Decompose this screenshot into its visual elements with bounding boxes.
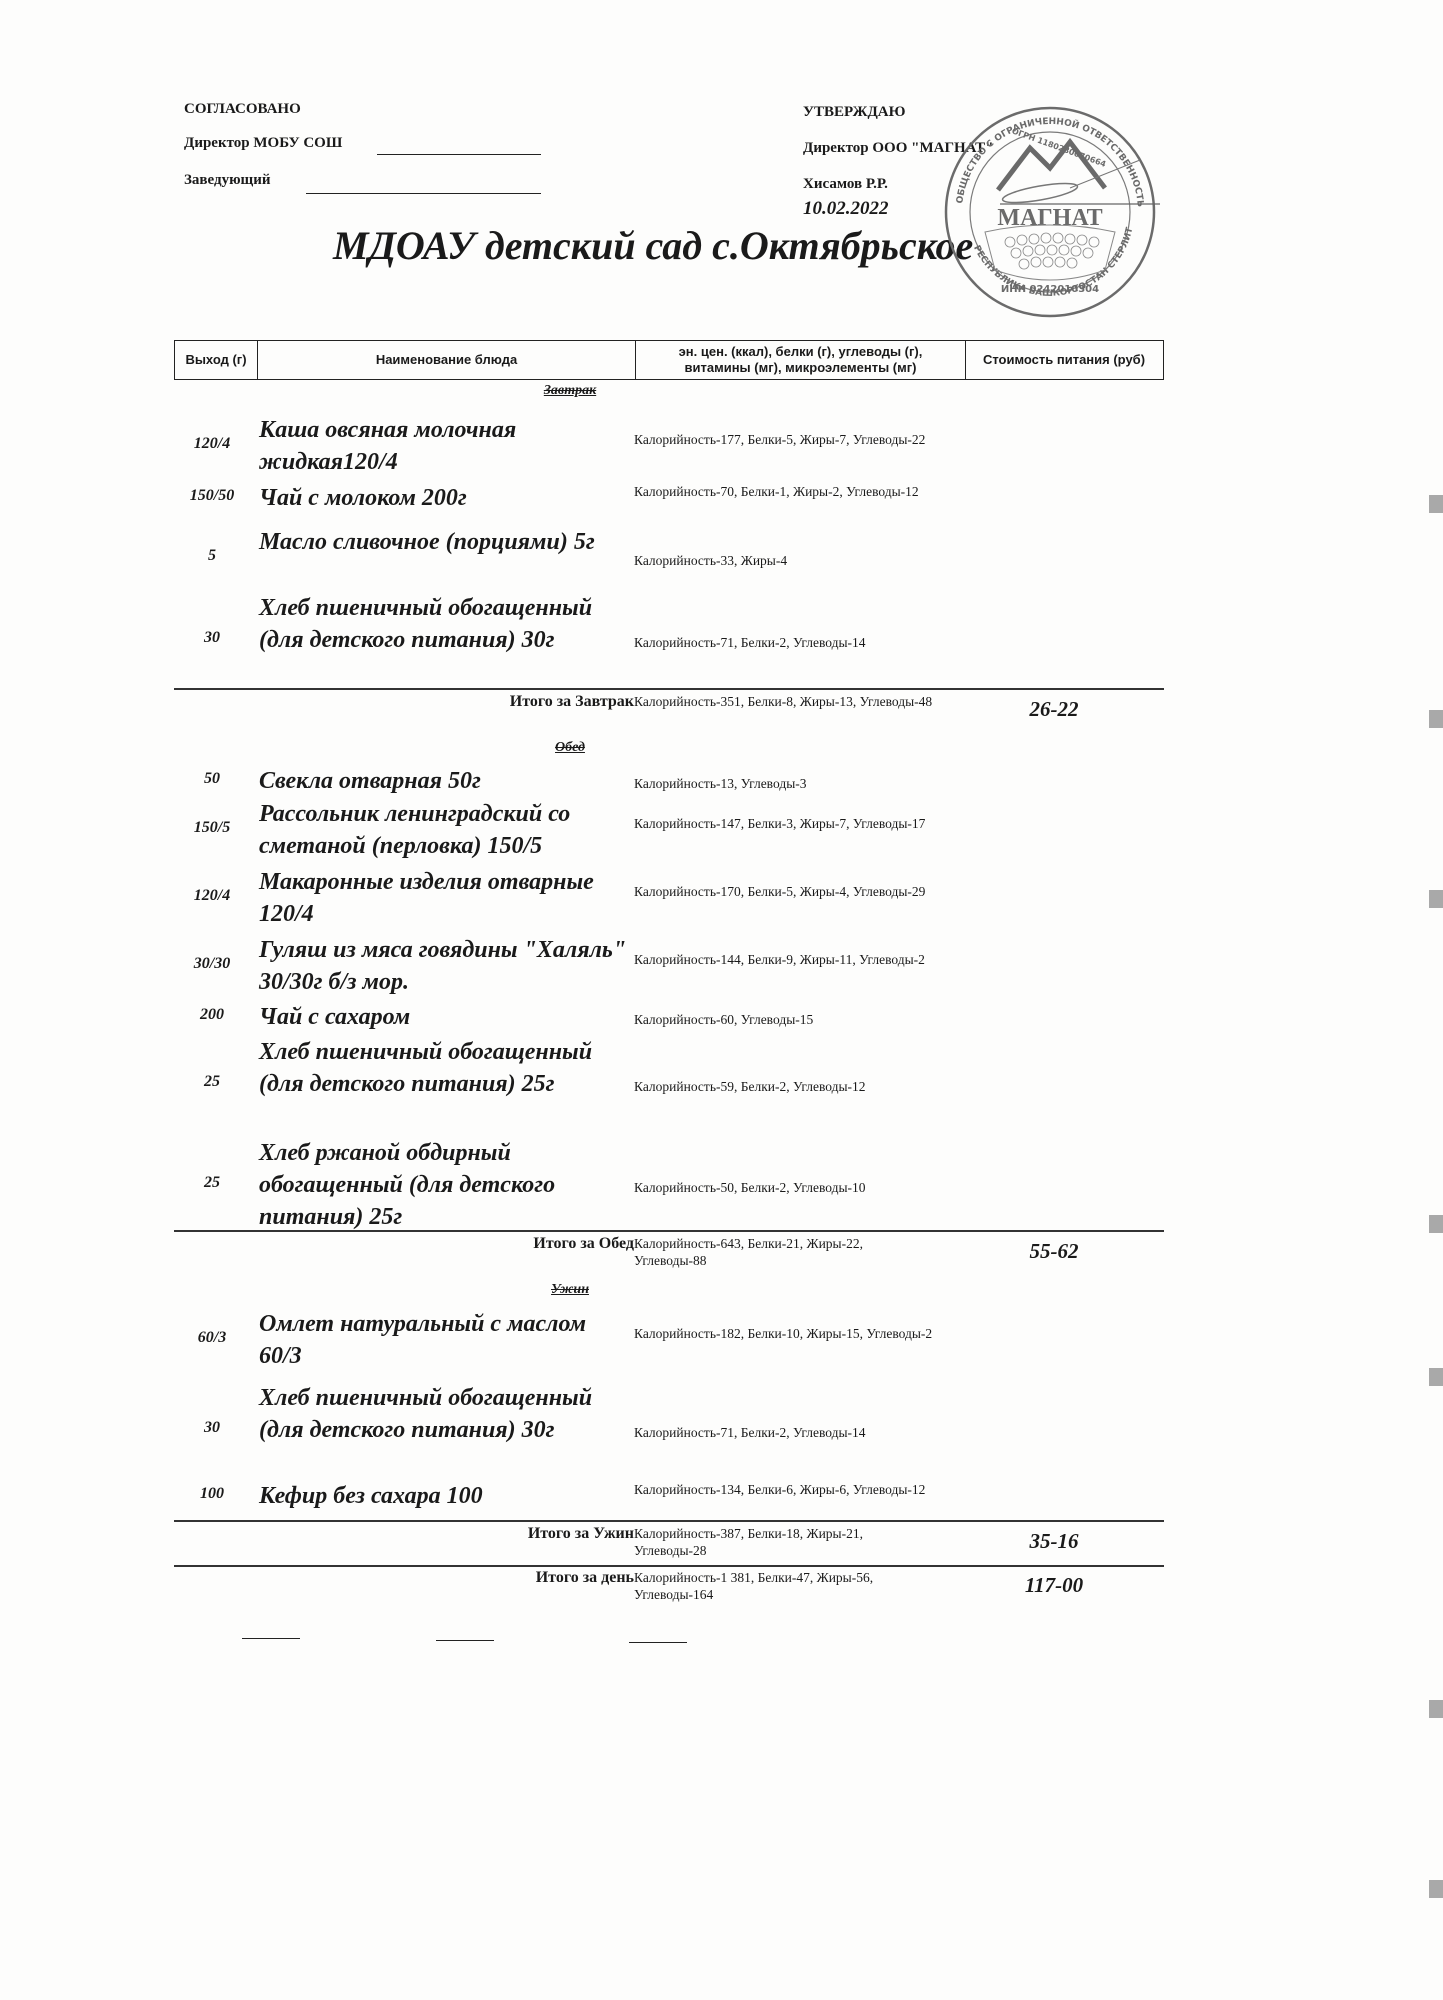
table-row: 5Масло сливочное (порциями) 5гКалорийнос… [174,526,1164,590]
table-row: 120/4Каша овсяная молочная жидкая120/4Ка… [174,414,1164,478]
scan-artifact [1429,1368,1443,1386]
svg-text:ИНН 0242010304: ИНН 0242010304 [1001,284,1099,295]
section-total-nutrition: Калорийность-387, Белки-18, Жиры-21, Угл… [634,1525,934,1559]
section-total-label: Итого за Ужин [528,1525,634,1543]
section-divider [174,1230,1164,1232]
section-divider [174,688,1164,690]
approval-right-heading: УТВЕРЖДАЮ [803,104,906,121]
item-nutrition: Калорийность-170, Белки-5, Жиры-4, Углев… [634,883,934,900]
col-header-cost: Стоимость питания (руб) [966,341,1162,379]
svg-text:ОБЩЕСТВО С ОГРАНИЧЕННОЙ ОТВЕТС: ОБЩЕСТВО С ОГРАНИЧЕННОЙ ОТВЕТСТВЕННОСТЬЮ [940,100,1145,208]
table-row: 50Свекла отварная 50гКалорийность-13, Уг… [174,765,1164,797]
table-header: Выход (г) Наименование блюда эн. цен. (к… [174,340,1164,380]
scan-artifact [1429,1700,1443,1718]
item-nutrition: Калорийность-134, Белки-6, Жиры-6, Углев… [634,1481,934,1498]
section-divider [174,1520,1164,1522]
col-header-dish: Наименование блюда [258,341,636,379]
scan-artifact [1429,710,1443,728]
day-total-divider [174,1565,1164,1567]
table-row: 200Чай с сахаромКалорийность-60, Углевод… [174,1001,1164,1033]
day-total-cost: 117-00 [1004,1573,1104,1598]
item-yield: 120/4 [174,887,250,905]
item-dish-name: Свекла отварная 50г [259,765,629,797]
table-row: 25Хлеб пшеничный обогащенный (для детско… [174,1036,1164,1132]
table-row: 30/30Гуляш из мяса говядины "Халяль" 30/… [174,934,1164,998]
section-title-2: Ужин [520,1282,620,1298]
item-nutrition: Калорийность-60, Углеводы-15 [634,1011,934,1028]
item-dish-name: Рассольник ленинградский со сметаной (пе… [259,798,629,862]
item-yield: 150/5 [174,819,250,837]
item-yield: 150/50 [174,487,250,505]
item-nutrition: Калорийность-71, Белки-2, Углеводы-14 [634,1424,934,1441]
item-yield: 5 [174,547,250,565]
item-yield: 25 [174,1073,250,1091]
scan-artifact [1429,1880,1443,1898]
signature-line-3 [629,1642,687,1643]
scan-artifact [1429,495,1443,513]
scan-artifact [1429,890,1443,908]
item-yield: 30/30 [174,955,250,973]
item-dish-name: Чай с молоком 200г [259,482,629,514]
item-nutrition: Калорийность-182, Белки-10, Жиры-15, Угл… [634,1325,934,1342]
item-dish-name: Масло сливочное (порциями) 5г [259,526,629,558]
day-total-label: Итого за день [536,1569,634,1587]
item-yield: 120/4 [174,435,250,453]
item-dish-name: Макаронные изделия отварные 120/4 [259,866,629,930]
item-nutrition: Калорийность-147, Белки-3, Жиры-7, Углев… [634,815,934,832]
item-yield: 25 [174,1174,250,1192]
approval-right-name: Хисамов Р.Р. [803,176,888,193]
table-row: 60/3Омлет натуральный с маслом 60/3Калор… [174,1308,1164,1372]
item-nutrition: Калорийность-144, Белки-9, Жиры-11, Угле… [634,951,934,968]
svg-text:РЕСПУБЛИКА БАШКОРТОСТАН СТЕРЛИ: РЕСПУБЛИКА БАШКОРТОСТАН СТЕРЛИТАМАКСКИЙ … [940,100,1136,299]
table-row: 150/5Рассольник ленинградский со сметано… [174,798,1164,862]
section-total-cost: 35-16 [1004,1529,1104,1554]
item-yield: 50 [174,770,250,788]
table-row: 100Кефир без сахара 100Калорийность-134,… [174,1480,1164,1512]
section-total-nutrition: Калорийность-643, Белки-21, Жиры-22, Угл… [634,1235,934,1269]
section-title-1: Обед [520,740,620,756]
item-nutrition: Калорийность-13, Углеводы-3 [634,775,934,792]
section-total-label: Итого за Обед [533,1235,634,1253]
scan-artifact [1429,1215,1443,1233]
section-total-cost: 55-62 [1004,1239,1104,1264]
section-total-label: Итого за Завтрак [510,693,634,711]
section-total-row: Итого за ЗавтракКалорийность-351, Белки-… [174,693,1164,731]
item-dish-name: Хлеб пшеничный обогащенный (для детского… [259,1382,629,1446]
item-yield: 30 [174,629,250,647]
item-dish-name: Хлеб ржаной обдирный обогащенный (для де… [259,1137,629,1233]
table-row: 120/4Макаронные изделия отварные 120/4Ка… [174,866,1164,930]
item-yield: 60/3 [174,1329,250,1347]
stamp-seal-icon: ОБЩЕСТВО С ОГРАНИЧЕННОЙ ОТВЕТСТВЕННОСТЬЮ… [940,100,1160,325]
item-nutrition: Калорийность-177, Белки-5, Жиры-7, Углев… [634,431,934,448]
approval-left-head: Заведующий [184,172,270,189]
item-nutrition: Калорийность-70, Белки-1, Жиры-2, Углево… [634,483,934,500]
section-total-row: Итого за УжинКалорийность-387, Белки-18,… [174,1525,1164,1563]
day-total-row: Итого за деньКалорийность-1 381, Белки-4… [174,1569,1164,1607]
item-dish-name: Чай с сахаром [259,1001,629,1033]
item-dish-name: Омлет натуральный с маслом 60/3 [259,1308,629,1372]
item-nutrition: Калорийность-59, Белки-2, Углеводы-12 [634,1078,934,1095]
item-dish-name: Хлеб пшеничный обогащенный (для детского… [259,1036,629,1100]
approval-date: 10.02.2022 [803,198,889,220]
item-dish-name: Кефир без сахара 100 [259,1480,629,1512]
item-dish-name: Каша овсяная молочная жидкая120/4 [259,414,629,478]
section-total-nutrition: Калорийность-351, Белки-8, Жиры-13, Угле… [634,693,934,710]
item-nutrition: Калорийность-71, Белки-2, Углеводы-14 [634,634,934,651]
day-total-nutrition: Калорийность-1 381, Белки-47, Жиры-56, У… [634,1569,934,1603]
approval-left-heading: СОГЛАСОВАНО [184,101,301,118]
table-row: 30Хлеб пшеничный обогащенный (для детско… [174,1382,1164,1478]
item-yield: 100 [174,1485,250,1503]
col-header-nutrition: эн. цен. (ккал), белки (г), углеводы (г)… [636,341,966,379]
signature-line-head [306,193,541,194]
item-dish-name: Хлеб пшеничный обогащенный (для детского… [259,592,629,656]
signature-line-2 [436,1640,494,1641]
signature-line-1 [242,1638,300,1639]
company-stamp: ОБЩЕСТВО С ОГРАНИЧЕННОЙ ОТВЕТСТВЕННОСТЬЮ… [940,100,1160,325]
section-title-0: Завтрак [520,383,620,399]
table-row: 150/50Чай с молоком 200гКалорийность-70,… [174,482,1164,514]
item-nutrition: Калорийность-33, Жиры-4 [634,552,934,569]
table-row: 30Хлеб пшеничный обогащенный (для детско… [174,592,1164,688]
table-row: 25Хлеб ржаной обдирный обогащенный (для … [174,1137,1164,1233]
approval-left-director: Директор МОБУ СОШ [184,135,342,152]
col-header-yield: Выход (г) [175,341,258,379]
signature-line-director [377,154,541,155]
item-yield: 30 [174,1419,250,1437]
item-yield: 200 [174,1006,250,1024]
item-nutrition: Калорийность-50, Белки-2, Углеводы-10 [634,1179,934,1196]
section-total-row: Итого за ОбедКалорийность-643, Белки-21,… [174,1235,1164,1273]
page-title: МДОАУ детский сад с.Октябрьское [333,222,973,269]
section-total-cost: 26-22 [1004,697,1104,722]
item-dish-name: Гуляш из мяса говядины "Халяль" 30/30г б… [259,934,629,998]
